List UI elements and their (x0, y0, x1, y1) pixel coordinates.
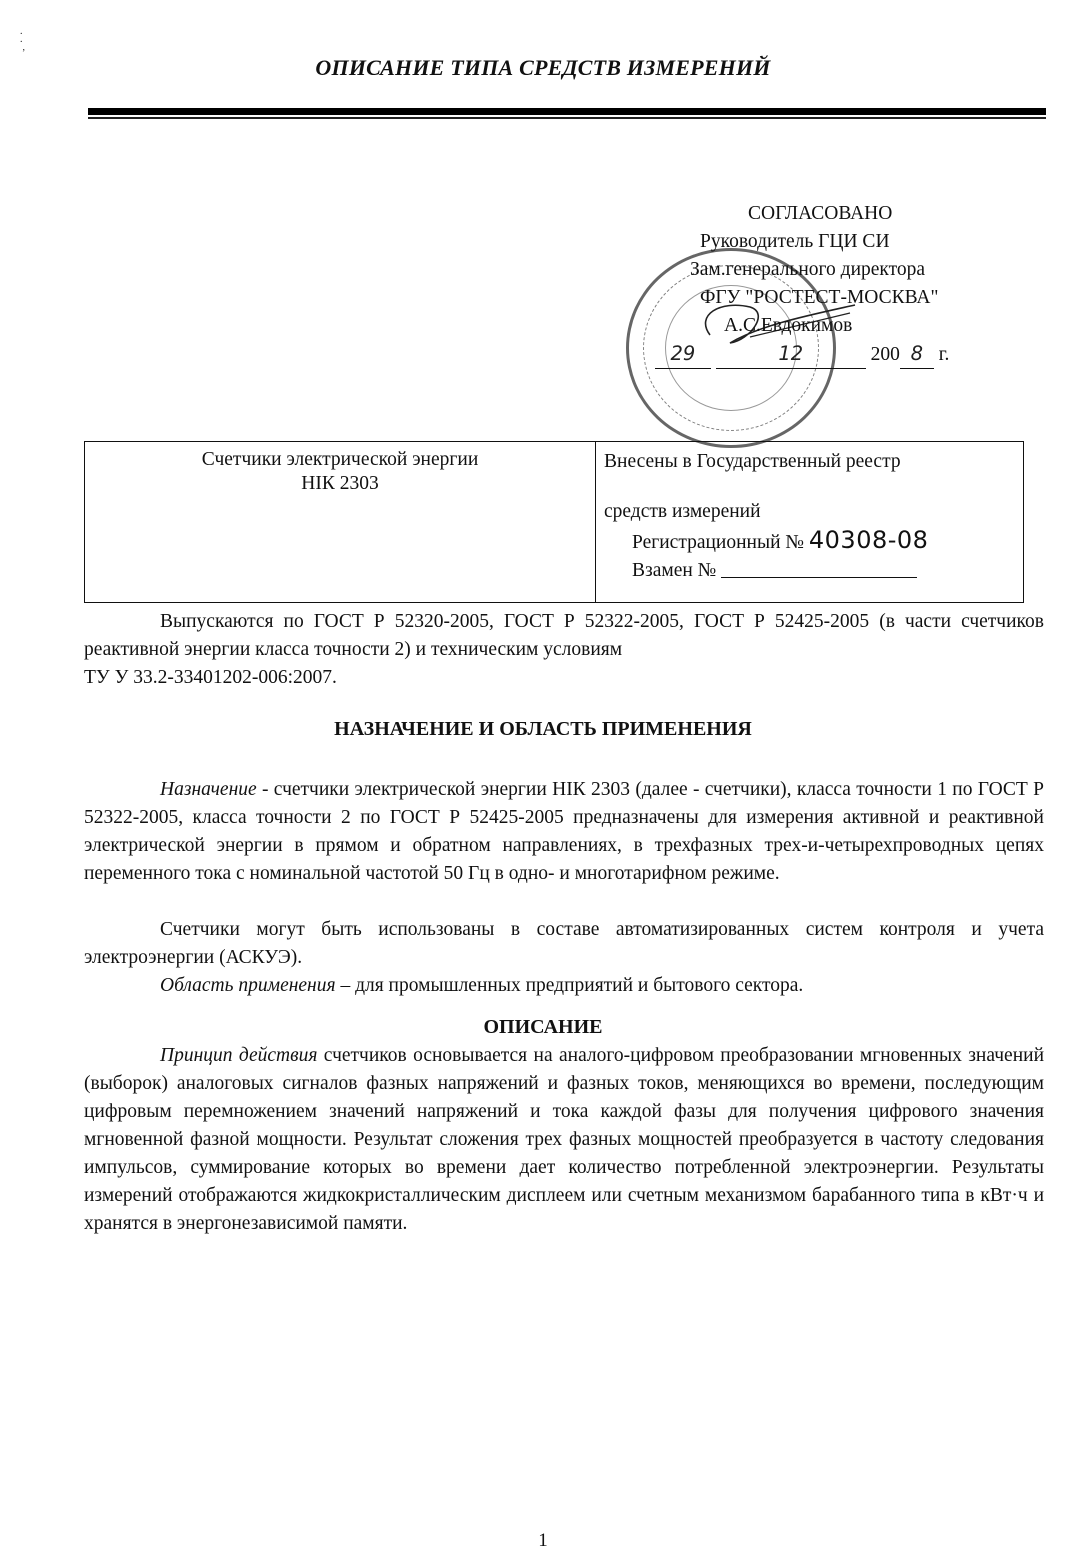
registration-row: Регистрационный № 40308-08 (604, 526, 1023, 557)
approval-signatory-line: А.С.Евдокимов (640, 312, 1060, 340)
replaces-row: Взамен № (604, 557, 1023, 585)
approval-block: СОГЛАСОВАНО Руководитель ГЦИ СИ Зам.гене… (640, 200, 1060, 369)
section-heading-description: ОПИСАНИЕ (0, 1016, 1086, 1039)
approval-line1: Руководитель ГЦИ СИ (640, 228, 1060, 256)
product-name: Счетчики электрической энергии (85, 448, 595, 472)
askue-paragraph: Счетчики могут быть использованы в соста… (84, 916, 1044, 972)
header-rule-thin (88, 117, 1046, 119)
replaces-label: Взамен № (632, 560, 716, 581)
approval-year-prefix: 200 (871, 344, 900, 365)
page-number: 1 (0, 1530, 1086, 1552)
scope-paragraph: Область применения – для промышленных пр… (84, 972, 1044, 1000)
purpose-paragraph: Назначение - счетчики электрической энер… (84, 776, 1044, 888)
approval-heading: СОГЛАСОВАНО (640, 200, 1060, 228)
product-model: НІК 2303 (85, 472, 595, 496)
approval-date-month: 12 (716, 340, 866, 369)
approval-line2: Зам.генерального директора (640, 256, 1060, 284)
approval-date-day: 29 (655, 340, 711, 369)
scope-label: Область применения (160, 975, 336, 996)
principle-label: Принцип действия (160, 1045, 317, 1066)
purpose-label: Назначение (160, 779, 257, 800)
product-cell: Счетчики электрической энергии НІК 2303 (85, 442, 596, 602)
registration-number: 40308-08 (809, 526, 929, 554)
scan-artifact: .. , (20, 28, 25, 52)
approval-year-unit: г. (939, 344, 950, 365)
registry-cell: Внесены в Государственный реестр средств… (596, 442, 1023, 602)
section-heading-purpose: НАЗНАЧЕНИЕ И ОБЛАСТЬ ПРИМЕНЕНИЯ (0, 718, 1086, 741)
approval-year-suffix: 8 (900, 340, 934, 369)
standards-paragraph: Выпускаются по ГОСТ Р 52320-2005, ГОСТ Р… (84, 608, 1044, 664)
replaces-value (721, 559, 917, 578)
approval-date-line: 29 12 2008 г. (640, 340, 1060, 369)
registry-line1: Внесены в Государственный реестр (604, 448, 1023, 476)
registration-label: Регистрационный № (632, 532, 804, 553)
registry-line2: средств измерений (604, 498, 1023, 526)
header-rule (88, 108, 1046, 115)
principle-paragraph: Принцип действия счетчиков основывается … (84, 1042, 1044, 1238)
scope-text: – для промышленных предприятий и бытовог… (336, 975, 804, 996)
registry-table: Счетчики электрической энергии НІК 2303 … (84, 441, 1024, 603)
principle-text: счетчиков основывается на аналого-цифров… (84, 1045, 1044, 1234)
approval-signatory: А.С.Евдокимов (724, 315, 852, 336)
document-title: ОПИСАНИЕ ТИПА СРЕДСТВ ИЗМЕРЕНИЙ (0, 55, 1086, 81)
approval-line3: ФГУ "РОСТЕСТ-МОСКВА" (640, 284, 1060, 312)
tu-line: ТУ У 33.2-33401202-006:2007. (84, 664, 1044, 692)
